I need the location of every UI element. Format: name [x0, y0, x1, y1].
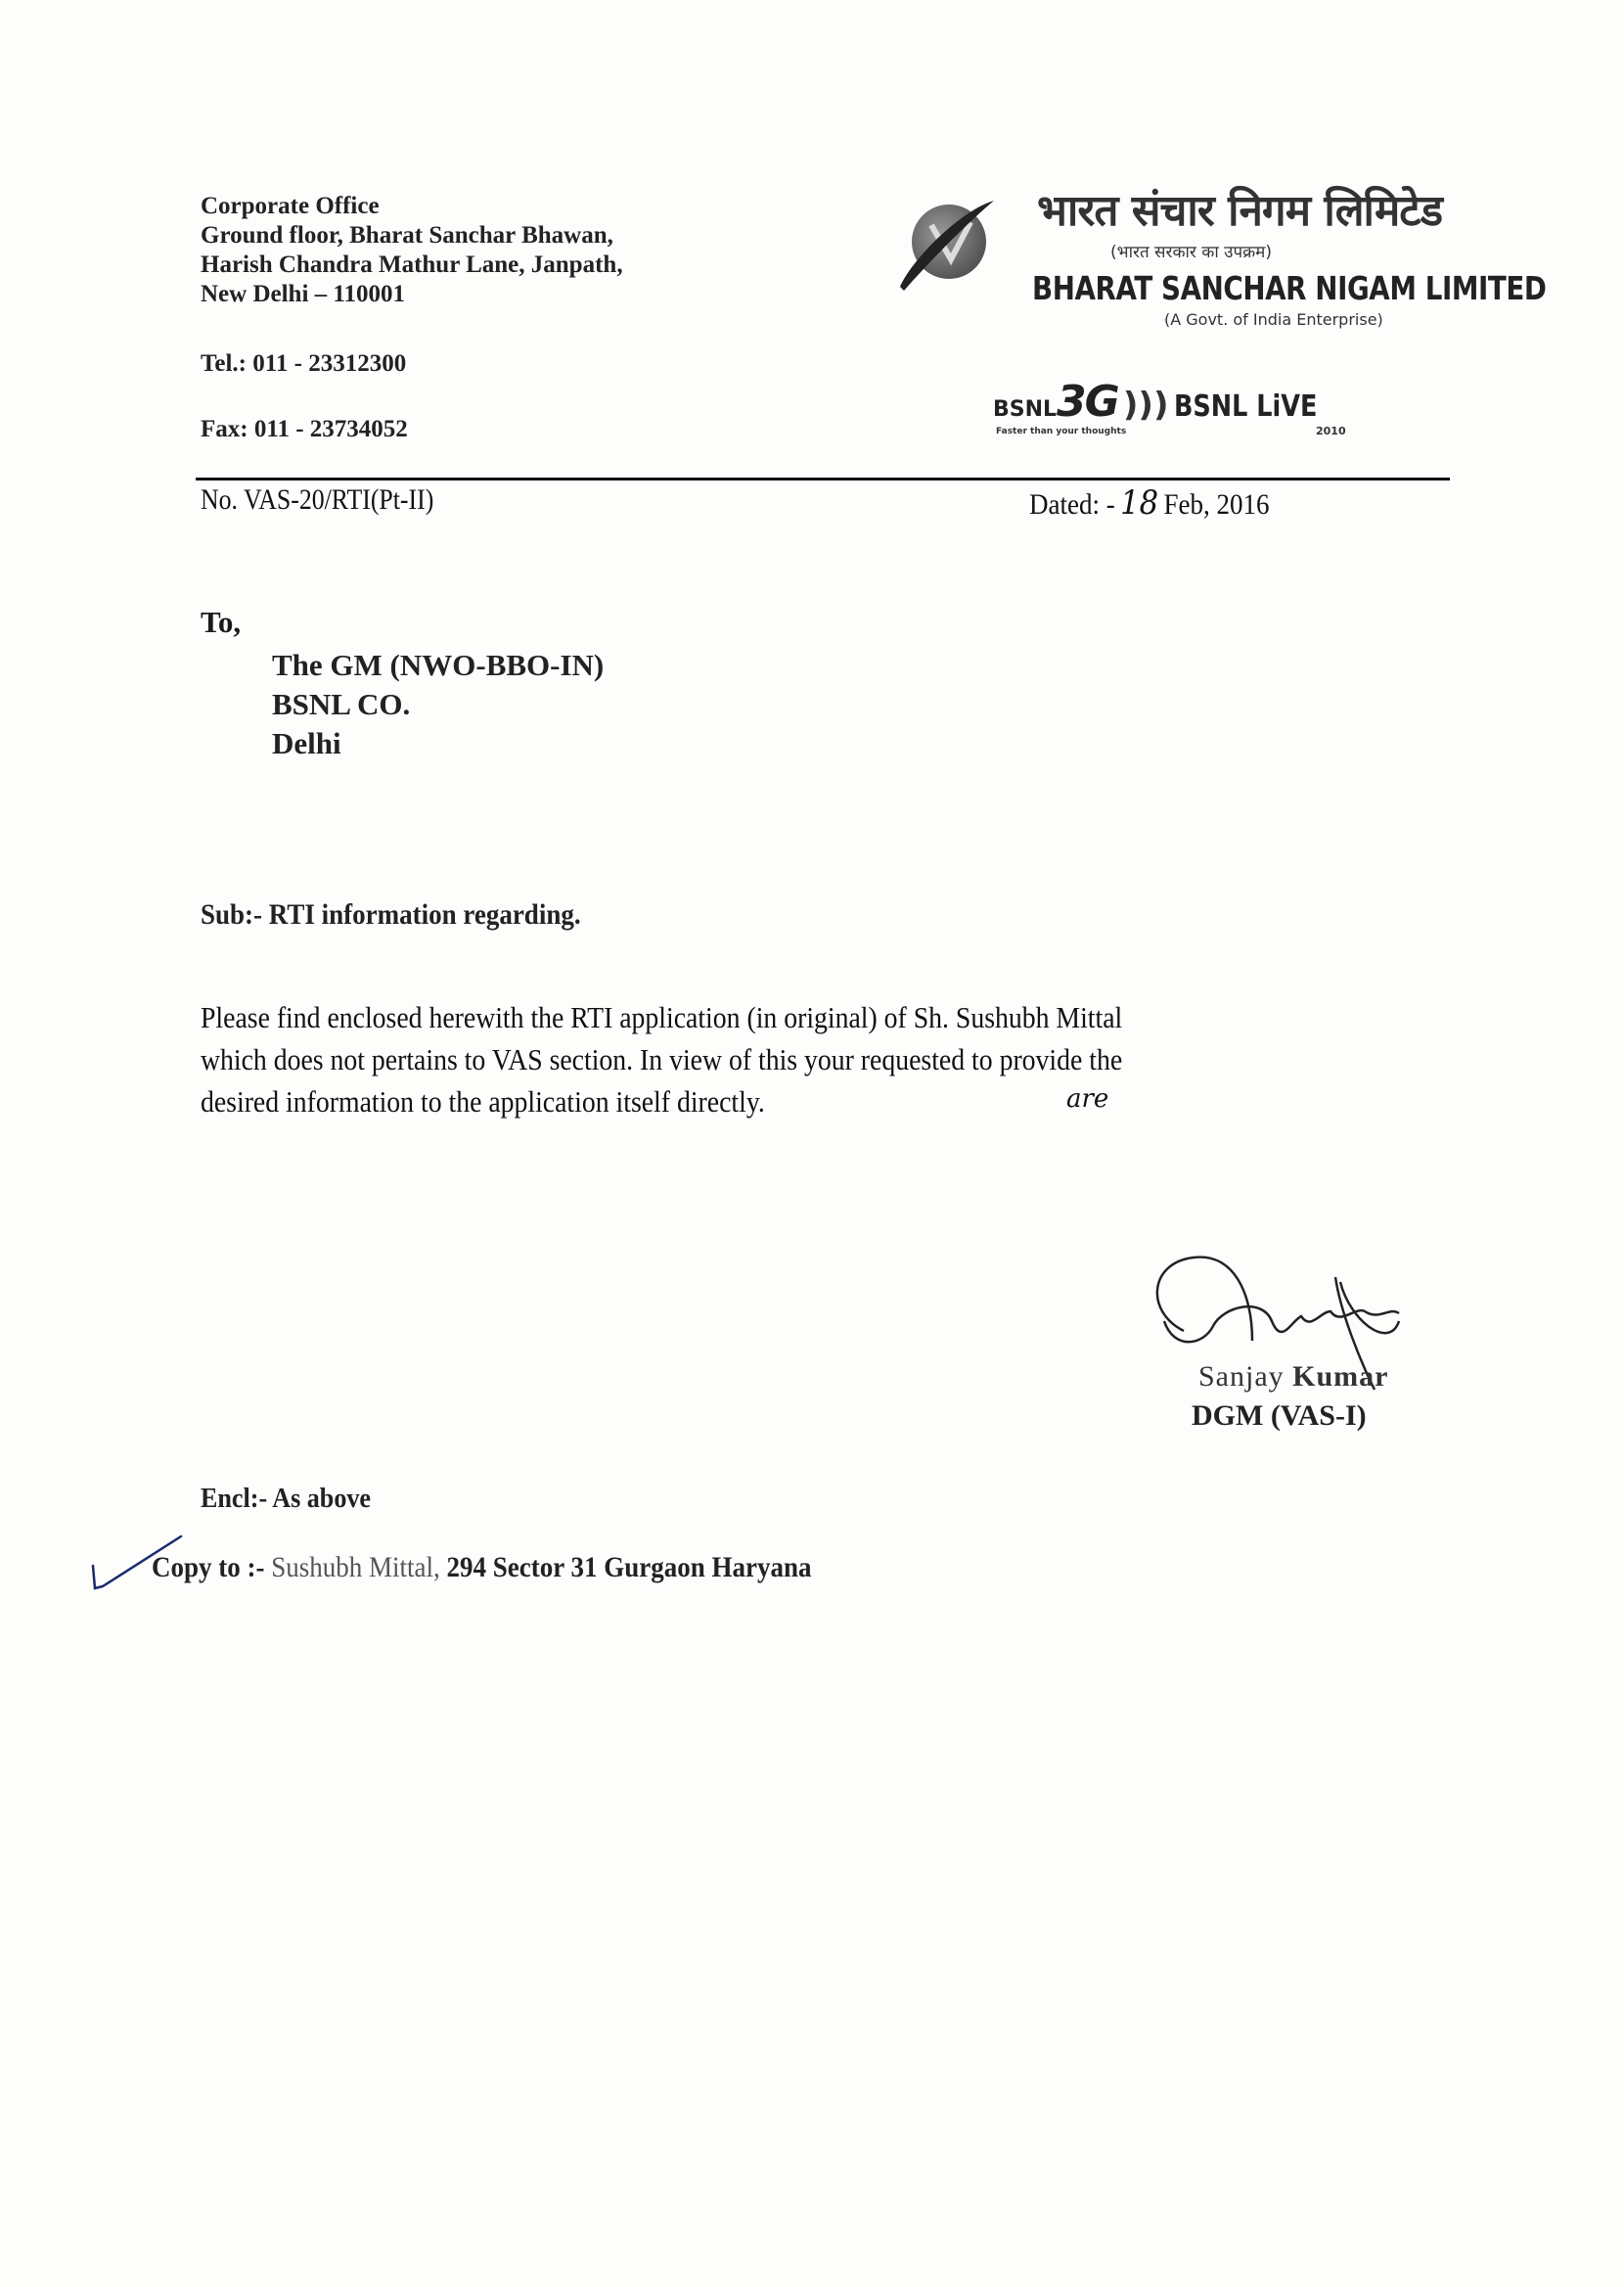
- copy-to-label: Copy to :-: [152, 1551, 271, 1583]
- office-address-line: Corporate Office: [201, 192, 623, 221]
- subject-line: Sub:- RTI information regarding.: [201, 898, 581, 932]
- signatory-first-name: Sanjay: [1198, 1360, 1285, 1393]
- recipient-line: BSNL CO.: [272, 685, 604, 724]
- company-subtitle-hindi: (भारत सरकार का उपक्रम): [1110, 240, 1272, 262]
- signal-waves-icon: ))): [1123, 386, 1169, 425]
- company-name-hindi: भारत संचार निगम लिमिटेड: [1037, 186, 1442, 237]
- banner-3g: 3G: [1057, 377, 1118, 427]
- banner-year: 2010: [1316, 425, 1346, 437]
- office-address-line: Harish Chandra Mathur Lane, Janpath,: [201, 251, 623, 280]
- company-name-english: BHARAT SANCHAR NIGAM LIMITED: [1032, 269, 1547, 307]
- office-address-line: New Delhi – 110001: [201, 280, 623, 309]
- salutation: To,: [201, 605, 241, 640]
- reference-number: No. VAS-20/RTI(Pt-II): [201, 483, 433, 517]
- banner-bsnl-live: BSNL LiVE: [1174, 389, 1317, 424]
- signatory-name: Sanjay Kumar: [1198, 1360, 1388, 1394]
- signatory-designation: DGM (VAS-I): [1192, 1399, 1367, 1433]
- office-address: Corporate Office Ground floor, Bharat Sa…: [201, 192, 623, 309]
- bsnl-3g-banner: BSNL3G ))) BSNL LiVE: [993, 377, 1342, 427]
- banner-bsnl: BSNL: [993, 397, 1057, 422]
- recipient-address: The GM (NWO-BBO-IN) BSNL CO. Delhi: [272, 646, 604, 763]
- copy-to-line: Copy to :- Sushubh Mittal, 294 Sector 31…: [152, 1551, 812, 1584]
- office-fax: Fax: 011 - 23734052: [201, 416, 408, 443]
- recipient-line: The GM (NWO-BBO-IN): [272, 646, 604, 685]
- letter-body: Please find enclosed herewith the RTI ap…: [201, 996, 1463, 1122]
- date-label: Dated: -: [1029, 488, 1115, 521]
- office-telephone: Tel.: 011 - 23312300: [201, 350, 406, 378]
- company-subtitle-english: (A Govt. of India Enterprise): [1164, 310, 1383, 329]
- body-line: Please find enclosed herewith the RTI ap…: [201, 996, 1331, 1038]
- office-address-line: Ground floor, Bharat Sanchar Bhawan,: [201, 221, 623, 251]
- letter-date: Dated: -18Feb, 2016: [1029, 483, 1269, 523]
- signatory-last-name: Kumar: [1292, 1360, 1388, 1393]
- copy-to-address: 294 Sector 31 Gurgaon Haryana: [440, 1551, 812, 1583]
- banner-tagline: Faster than your thoughts: [996, 427, 1126, 436]
- header-divider: [196, 478, 1450, 480]
- date-month-year: Feb, 2016: [1163, 488, 1269, 521]
- handwritten-day: 18: [1120, 483, 1158, 523]
- recipient-line: Delhi: [272, 724, 604, 763]
- handwritten-correction: are: [1066, 1084, 1108, 1114]
- body-line: which does not pertains to VAS section. …: [201, 1038, 1331, 1080]
- body-line: desired information to the application i…: [201, 1080, 1331, 1122]
- copy-to-name: Sushubh Mittal,: [271, 1551, 440, 1583]
- enclosure-note: Encl:- As above: [201, 1483, 371, 1515]
- bsnl-globe-icon: [892, 191, 1000, 298]
